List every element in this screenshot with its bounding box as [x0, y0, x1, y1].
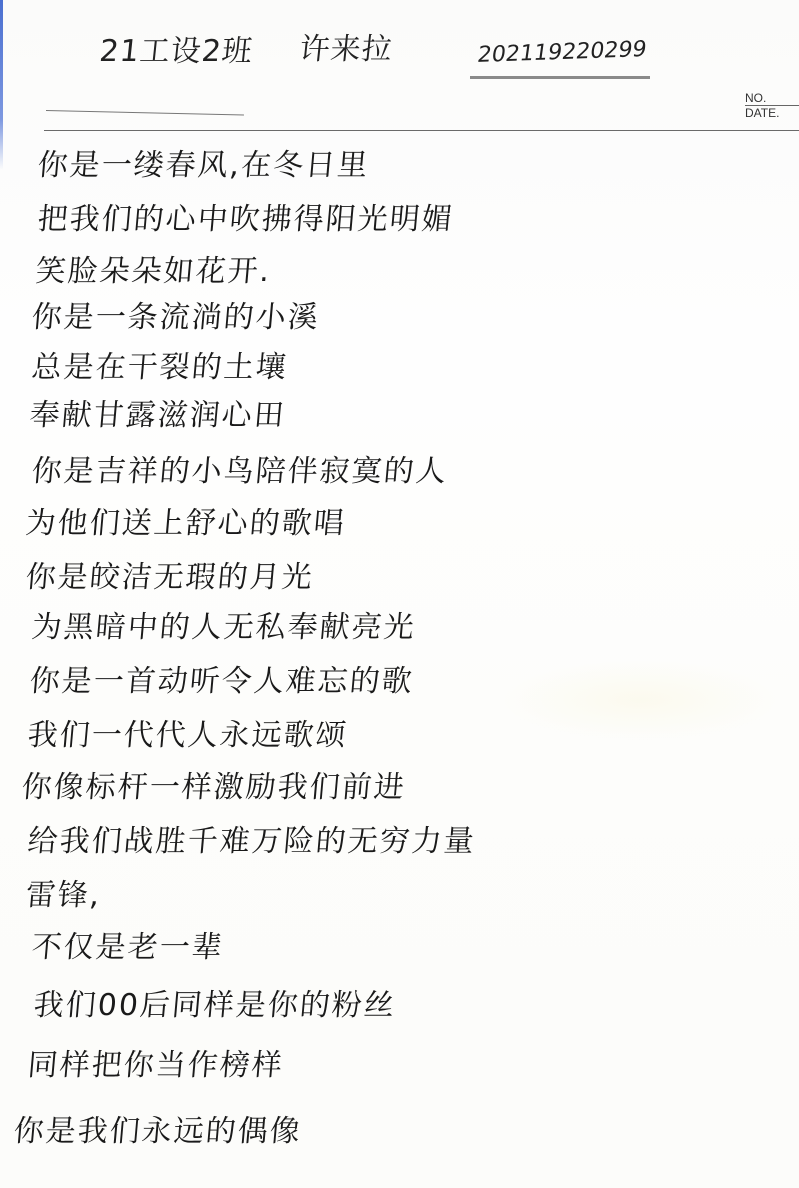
- poem-line: 同样把你当作榜样: [26, 1040, 286, 1084]
- poem-line: 你是一条流淌的小溪: [30, 292, 322, 336]
- student-id: 202119220299: [476, 37, 648, 68]
- poem-line: 你是一缕春风,在冬日里: [36, 140, 371, 184]
- poem-line: 你是皎洁无瑕的月光: [24, 552, 316, 596]
- ink-bleed-through: [500, 660, 780, 740]
- class-name: 21工设2班: [98, 26, 256, 70]
- poem-line: 给我们战胜千难万险的无穷力量: [26, 816, 478, 860]
- no-label: NO.: [745, 91, 799, 106]
- short-rule-line: [46, 110, 244, 115]
- poem-line: 你像标杆一样激励我们前进: [20, 762, 408, 806]
- poem-line: 我们00后同样是你的粉丝: [32, 980, 398, 1024]
- poem-line: 我们一代代人永远歌颂: [26, 710, 350, 754]
- poem-line: 你是一首动听令人难忘的歌: [28, 656, 416, 700]
- poem-line: 笑脸朵朵如花开.: [34, 246, 273, 290]
- header-rule-line: [44, 130, 799, 131]
- poem-line: 为他们送上舒心的歌唱: [24, 498, 348, 542]
- date-label: DATE.: [745, 106, 779, 120]
- handwritten-page: 21工设2班 许来拉 202119220299 NO. DATE. 你是一缕春风…: [0, 0, 799, 1188]
- poem-line: 你是我们永远的偶像: [12, 1106, 304, 1150]
- poem-line: 为黑暗中的人无私奉献亮光: [30, 602, 418, 646]
- poem-line: 雷锋,: [24, 870, 103, 914]
- blue-edge-strip: [0, 0, 3, 170]
- poem-line: 你是吉祥的小鸟陪伴寂寞的人: [30, 446, 450, 490]
- poem-line: 把我们的心中吹拂得阳光明媚: [36, 194, 456, 238]
- poem-line: 奉献甘露滋润心田: [28, 390, 288, 434]
- student-id-underline: [470, 76, 650, 79]
- no-date-labels: NO. DATE.: [745, 91, 799, 120]
- poem-line: 不仅是老一辈: [30, 922, 226, 966]
- student-name: 许来拉: [298, 24, 396, 68]
- poem-line: 总是在干裂的土壤: [30, 342, 290, 386]
